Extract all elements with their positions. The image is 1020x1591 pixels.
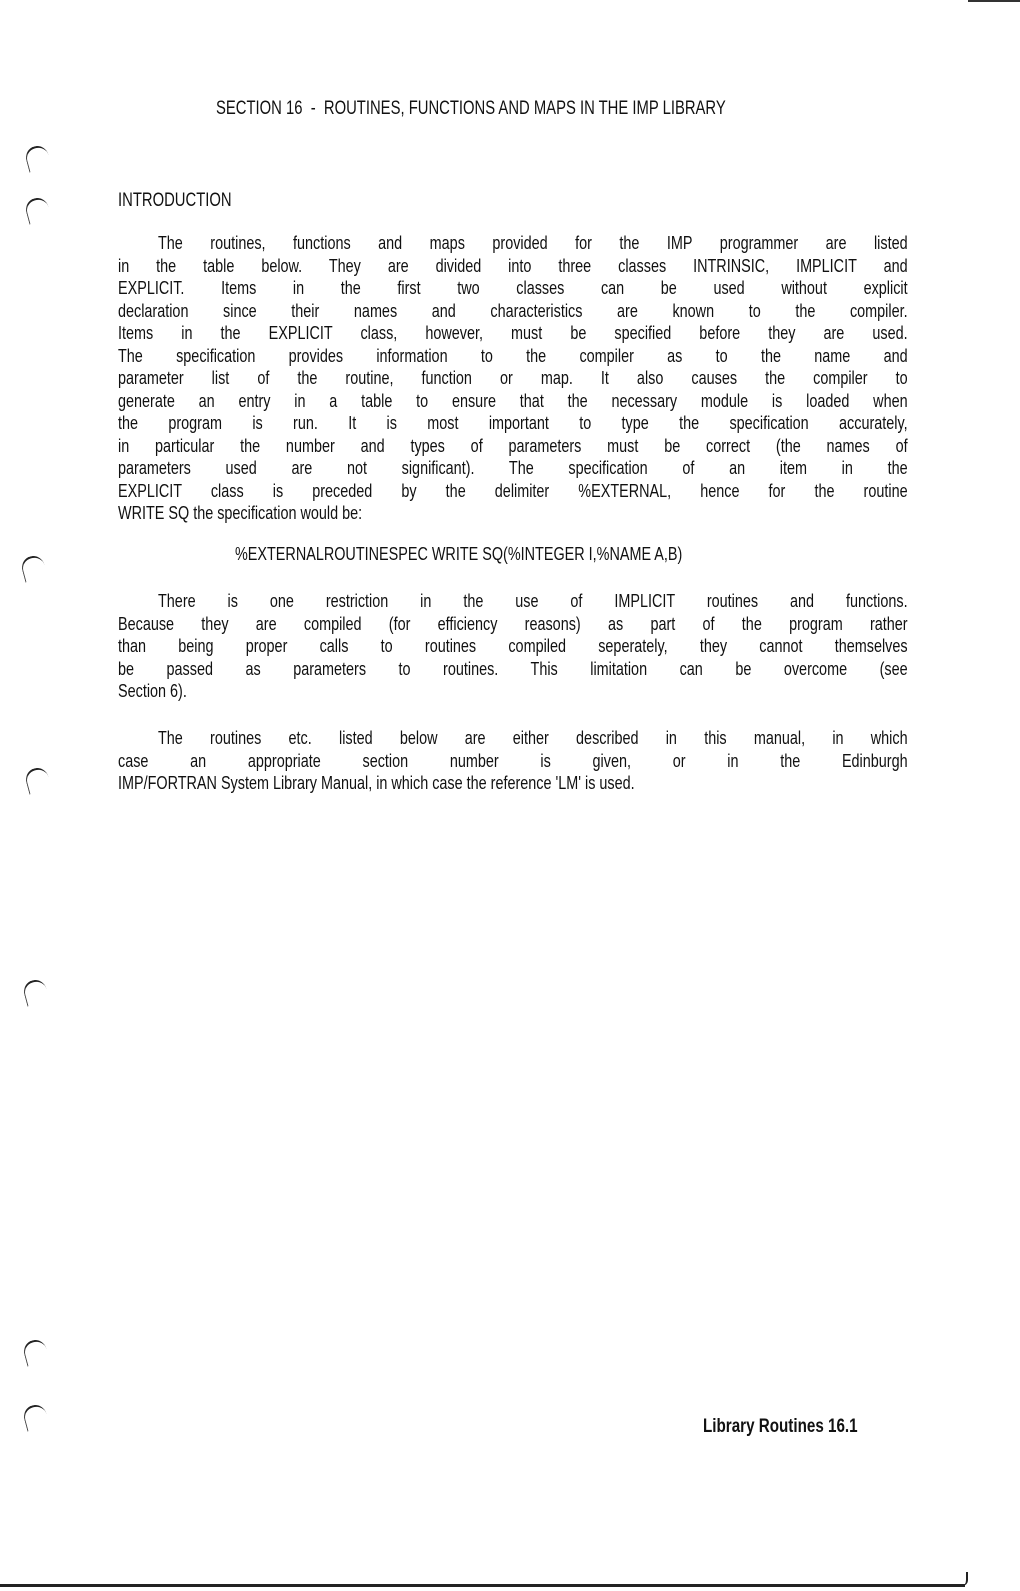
text-line: parameter list of the routine, function … (118, 367, 908, 390)
top-edge-rule (968, 0, 1020, 2)
binder-hole-mark (19, 553, 47, 582)
text-line: in the table below. They are divided int… (118, 255, 908, 278)
paragraph-specification: The routines, functions and maps provide… (118, 232, 908, 525)
bottom-edge-rule (0, 1584, 965, 1587)
text-line: be passed as parameters to routines. Thi… (118, 658, 908, 681)
binder-hole-mark (23, 765, 51, 794)
text-line: Because they are compiled (for efficienc… (118, 613, 908, 636)
text-line: WRITE SQ the specification would be: (118, 502, 908, 525)
text-line: Section 6). (118, 680, 908, 703)
text-line: The routines, functions and maps provide… (118, 232, 908, 255)
introduction-heading: INTRODUCTION (118, 190, 232, 212)
document-page: SECTION 16 - ROUTINES, FUNCTIONS AND MAP… (0, 0, 1020, 1591)
text-line: generate an entry in a table to ensure t… (118, 390, 908, 413)
text-line: The routines etc. listed below are eithe… (118, 727, 908, 750)
text-line: IMP/FORTRAN System Library Manual, in wh… (118, 772, 908, 795)
paragraph-restriction: There is one restriction in the use of I… (118, 590, 908, 703)
binder-hole-mark (23, 143, 51, 172)
binder-hole-mark (23, 195, 51, 224)
text-line: parameters used are not significant). Th… (118, 457, 908, 480)
text-line: than being proper calls to routines comp… (118, 635, 908, 658)
text-line: EXPLICIT class is preceded by the delimi… (118, 480, 908, 503)
text-line: the program is run. It is most important… (118, 412, 908, 435)
page-footer: Library Routines 16.1 (703, 1416, 858, 1438)
section-title: SECTION 16 - ROUTINES, FUNCTIONS AND MAP… (216, 98, 726, 120)
binder-hole-mark (21, 977, 49, 1006)
text-line: case an appropriate section number is gi… (118, 750, 908, 773)
binder-hole-mark (21, 1402, 49, 1431)
code-example: %EXTERNALROUTINESPEC WRITE SQ(%INTEGER I… (235, 544, 682, 565)
text-line: EXPLICIT. Items in the first two classes… (118, 277, 908, 300)
text-line: There is one restriction in the use of I… (118, 590, 908, 613)
text-line: The specification provides information t… (118, 345, 908, 368)
binder-hole-mark (21, 1337, 49, 1366)
paragraph-references: The routines etc. listed below are eithe… (118, 727, 908, 795)
text-line: declaration since their names and charac… (118, 300, 908, 323)
text-line: Items in the EXPLICIT class, however, mu… (118, 322, 908, 345)
text-line: in particular the number and types of pa… (118, 435, 908, 458)
